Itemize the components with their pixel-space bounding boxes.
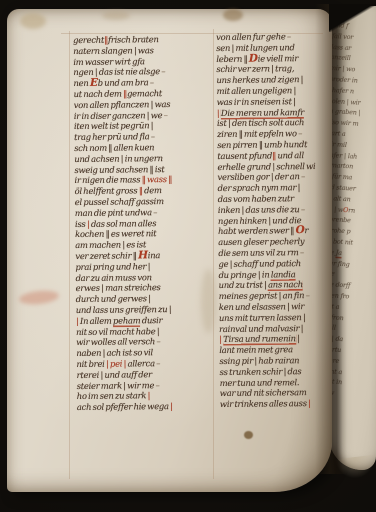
rubric-mark: | (146, 391, 150, 401)
text-segment: – (298, 247, 303, 257)
stain-red-smudge (18, 289, 59, 306)
text-segment: uns mit turren lassen | (219, 312, 306, 323)
text-segment: wir wolles all versch (76, 336, 155, 347)
text-segment: – (148, 77, 153, 87)
text-segment: sweig und sachsen ‖ ist (74, 164, 164, 175)
text-segment: ge | schaff und patich (218, 258, 301, 269)
text-segment: – (300, 171, 305, 181)
rubricated-text: ans nach (268, 279, 303, 289)
text-segment: – (155, 358, 160, 368)
text-segment: – (149, 131, 154, 141)
text-segment: was ir in sneisen ist | (217, 96, 296, 107)
text-segment: ir nigen die mass (74, 175, 141, 186)
stain-top-left (20, 13, 46, 29)
text-segment: – (304, 290, 309, 300)
text-segment: prai pring und her | (75, 261, 150, 272)
text-segment: erhelle grund | schnell wi (217, 161, 315, 172)
text-segment: und lass uns greiffen zu | (76, 304, 172, 315)
page-curl-highlight (334, 455, 376, 482)
text-segment: mit allen ungeligen | (217, 85, 297, 96)
text-segment: el pussel schaff gassim (75, 196, 164, 207)
text-segment: mer tuna und remel. (220, 377, 300, 388)
text-segment: lant mein met grea (219, 344, 293, 355)
text-segment: ir in diser ganczen | we (74, 110, 163, 121)
rubricated-text: landia (271, 269, 296, 279)
text-segment: frisch braten (108, 34, 159, 45)
text-segment: ie viell mir (258, 53, 298, 63)
text-segment: der sprach nym mar | (218, 182, 301, 193)
rubric-mark: | (169, 401, 173, 411)
text-segment: – (160, 66, 165, 76)
text-segment: versliben gor | der an (217, 171, 299, 182)
text-segment: gerecht (73, 35, 104, 45)
text-segment: nen (73, 78, 90, 88)
text-segment: – (297, 128, 302, 138)
manuscript-line: ach sol pfeffer hie wega | (77, 401, 219, 413)
text-segment: wir trinkens alles auss (220, 398, 307, 409)
text-segment: lebern ‖ (216, 53, 249, 63)
text-segment: und achsen | in ungern (74, 153, 163, 164)
backdrop-wedge (329, 4, 376, 32)
text-segment: dar zu ain muss von (75, 272, 151, 283)
text-segment: iten welt ist pegrün | (74, 121, 153, 132)
rubric-mark: | pei | (106, 358, 126, 368)
text-segment: sen | mit lungen und (216, 42, 295, 53)
text-segment: – (154, 380, 159, 390)
text-segment: du pringe | in (218, 269, 270, 280)
text-segment: – (299, 204, 304, 214)
photo-backdrop: und ffall vorlass aranzeillmir | woprode… (0, 0, 376, 512)
text-segment: allerca (126, 358, 155, 368)
text-segment: natern slangen | was (73, 45, 154, 56)
text-segment: In allem (79, 315, 114, 325)
rubricated-text: Ja (336, 248, 342, 256)
next-page-edge: und ffall vorlass aranzeillmir | woprode… (329, 6, 376, 470)
text-segment: rainval und malvasir | (219, 323, 303, 334)
text-segment: und zu trist | (219, 280, 268, 291)
text-segment: ziren ‖ mit epfeln wo (217, 128, 297, 139)
text-segment: anzeill (330, 53, 350, 62)
text-segment: – (155, 336, 160, 346)
manuscript-page: gerecht‖frisch bratennatern slangen | wa… (7, 9, 332, 492)
text-segment: ssing pir | hab rairan (219, 355, 299, 366)
text-segment: – (286, 31, 291, 41)
text-segment: erwes | man streiches (76, 282, 161, 293)
text-segment: ho im sen zu stark (77, 391, 147, 402)
text-segment: ausen gleser pecherly (218, 236, 304, 247)
text-segment: ut nach dem (74, 88, 124, 99)
rubric-mark: | (307, 398, 311, 408)
text-segment: lass ar (331, 43, 351, 52)
text-segment: man die pint undwa (75, 207, 152, 218)
text-segment: nit so vil macht habe | (76, 326, 159, 337)
rubricated-text: Die meren und kamfr (221, 107, 304, 118)
stain-top-center (102, 11, 130, 20)
text-segment: iss (75, 218, 87, 228)
text-segment: meines geprist | an fin (219, 290, 305, 301)
text-segment: im wasser wirt gfa (73, 56, 145, 67)
text-segment: ngen hinken | und die (218, 215, 301, 226)
left-text-column: gerecht‖frisch bratennatern slangen | wa… (73, 34, 219, 413)
text-segment: proder in (329, 75, 358, 85)
text-segment: fall vor (332, 32, 354, 41)
text-segment: ngen | das ist nie alsge (73, 66, 160, 77)
text-segment: ina (148, 250, 160, 260)
text-segment: steier mark | wir me (77, 380, 155, 391)
text-segment: ver zeret schir ‖ (75, 250, 138, 261)
text-segment: b und am bra (98, 77, 149, 88)
rubricated-text: peham (113, 315, 141, 325)
text-segment: | (296, 333, 300, 343)
text-segment: rterei | und auff der (77, 369, 152, 380)
text-segment: war und nit sichersam (220, 387, 307, 398)
text-segment: trag her prü und fla (74, 131, 150, 142)
text-segment: sen pirren ‖ umb hundt (217, 139, 307, 150)
stain-top-right (223, 9, 243, 21)
text-segment: rn (348, 206, 355, 214)
text-segment: von allen fur gehe (216, 31, 286, 42)
text-segment: inken | das uns die zu (218, 204, 300, 215)
text-segment: habt werden swer ‖ (218, 226, 296, 237)
text-segment: schir ver zern | trag, (216, 64, 294, 75)
text-segment: ist | den tisch solt auch (217, 117, 304, 128)
text-segment: das sol man alles (89, 218, 156, 229)
text-segment: ss trunken schir | das (220, 366, 302, 377)
text-segment: am machen | es ist (75, 239, 146, 250)
text-segment: sch nom ‖ allen kuen (74, 142, 154, 153)
stain-brown-dot (244, 431, 253, 439)
text-segment: uns herkes und zigen | (216, 74, 303, 85)
ruling-line-vertical-left (69, 31, 70, 479)
text-segment: gemacht (127, 88, 162, 98)
text-segment: von allen pflanczen | was (74, 99, 171, 110)
text-segment: – (152, 207, 157, 217)
rubricated-text: Tirsa und rumenin (223, 333, 296, 344)
text-segment: ach sol pfeffer hie wega (77, 401, 169, 412)
text-segment: naben | ach ist so vil (76, 347, 153, 358)
text-segment: die sem uns vil zu rm (218, 247, 298, 258)
right-text-column: von allen fur gehe –sen | mit lungen und… (216, 31, 336, 410)
text-segment: und all (276, 150, 304, 160)
text-segment: durch und gerwes | (76, 293, 151, 304)
text-segment: nit brei (76, 359, 106, 369)
manuscript-line: wir trinkens alles auss | (220, 398, 336, 410)
text-segment: dem (143, 185, 162, 195)
text-segment: das vom haben zutr (218, 193, 294, 204)
text-segment: tausent pfund (217, 150, 272, 161)
text-segment: dusir (140, 315, 162, 325)
text-segment: ken und elsassen | wir (219, 301, 304, 312)
text-segment: öl helffent gross (75, 185, 139, 196)
text-segment: kochen ‖ es weret nit (75, 228, 156, 239)
text-segment: r (304, 225, 308, 235)
rubric-mark: ‖ wass ‖ (142, 174, 173, 184)
text-segment: – (162, 110, 167, 120)
